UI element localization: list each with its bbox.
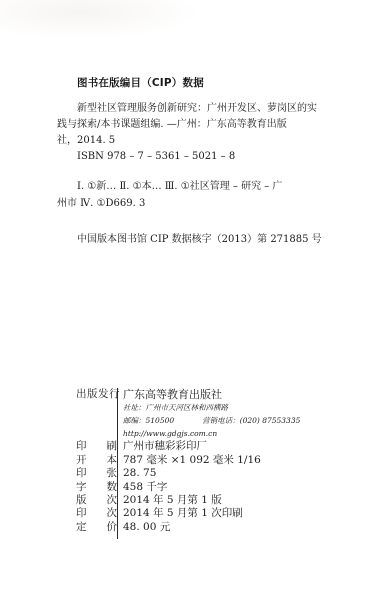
isbn: ISBN 978 – 7 – 5361 – 5021 – 8 bbox=[57, 149, 319, 165]
publisher-phone: 营销电话：(020) 87553335 bbox=[202, 416, 300, 425]
printing-row: 印次 2014 年 5 月第 1 次印刷 bbox=[76, 507, 336, 520]
sheets-row: 印张 28. 75 bbox=[76, 467, 336, 480]
classification-line-1: Ⅰ. ①新… Ⅱ. ①本… Ⅲ. ①社区管理 – 研究 – 广 bbox=[57, 178, 319, 195]
price-value: 48. 00 元 bbox=[117, 521, 170, 534]
cip-approval-number: 中国版本图书馆 CIP 数据核字（2013）第 271885 号 bbox=[77, 230, 322, 245]
printer-value: 广州市穗彩彩印厂 bbox=[117, 440, 207, 453]
printing-value: 2014 年 5 月第 1 次印刷 bbox=[117, 507, 243, 520]
publisher-name: 广东高等教育出版社 bbox=[117, 388, 222, 401]
word-count-row: 字数 458 千字 bbox=[76, 481, 336, 494]
cip-title-line-3: 社，2014. 5 bbox=[57, 133, 319, 149]
paper-bleed-through bbox=[0, 0, 200, 40]
printer-row: 印刷 广州市穗彩彩印厂 bbox=[76, 440, 336, 453]
publisher-postcode: 邮编：510500 bbox=[123, 416, 174, 425]
publisher-address: 社址：广州市天河区林和西横路 bbox=[117, 401, 228, 414]
edition-value: 2014 年 5 月第 1 版 bbox=[117, 494, 222, 507]
edition-row: 版次 2014 年 5 月第 1 版 bbox=[76, 494, 336, 507]
publisher-website-row: http://www.gdgjs.com.cn bbox=[76, 427, 336, 440]
cip-record: 新型社区管理服务创新研究：广州开发区、萝岗区的实 践与探索/本书课题组编. —广… bbox=[57, 101, 319, 165]
format-row: 开本 787 毫米 ×1 092 毫米 1/16 bbox=[76, 454, 336, 467]
word-count-value: 458 千字 bbox=[117, 481, 167, 494]
publisher-row: 出版发行 广东高等教育出版社 bbox=[76, 388, 336, 401]
format-value: 787 毫米 ×1 092 毫米 1/16 bbox=[117, 454, 261, 467]
cip-title-line-1: 新型社区管理服务创新研究：广州开发区、萝岗区的实 bbox=[57, 101, 319, 117]
publisher-address-row: 社址：广州市天河区林和西横路 bbox=[76, 401, 336, 414]
publisher-website: http://www.gdgjs.com.cn bbox=[117, 427, 217, 440]
price-row: 定价 48. 00 元 bbox=[76, 521, 336, 534]
cip-heading: 图书在版编目（CIP）数据 bbox=[77, 75, 204, 90]
cip-title-line-2: 践与探索/本书课题组编. —广州：广东高等教育出版 bbox=[57, 117, 319, 133]
publisher-contact-row: 邮编：510500营销电话：(020) 87553335 bbox=[76, 414, 336, 427]
publisher-label: 出版发行 bbox=[76, 388, 117, 401]
sheets-value: 28. 75 bbox=[117, 467, 156, 480]
classification: Ⅰ. ①新… Ⅱ. ①本… Ⅲ. ①社区管理 – 研究 – 广 州市 Ⅳ. ①D… bbox=[57, 178, 319, 212]
classification-line-2: 州市 Ⅳ. ①D669. 3 bbox=[57, 195, 319, 212]
colophon-table: 出版发行 广东高等教育出版社 社址：广州市天河区林和西横路 邮编：510500营… bbox=[76, 388, 336, 534]
copyright-page: 图书在版编目（CIP）数据 新型社区管理服务创新研究：广州开发区、萝岗区的实 践… bbox=[0, 0, 375, 596]
